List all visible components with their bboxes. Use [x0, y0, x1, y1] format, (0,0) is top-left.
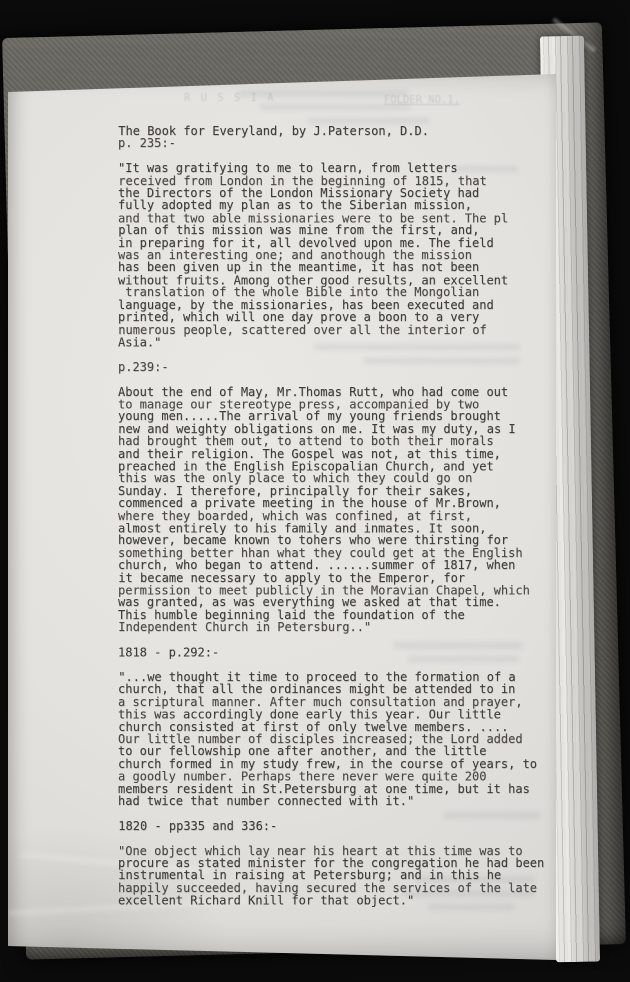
typed-line: has been given up in the meantime, it ha…: [118, 261, 544, 273]
typed-line: had twice that number connected with it.…: [118, 795, 544, 807]
typed-line: almost entirely to his family and inmate…: [118, 522, 544, 534]
typed-line: Asia.": [118, 336, 544, 348]
typed-line: 1818 - p.292:-: [118, 646, 544, 658]
typed-line: something better hhan what they could ge…: [118, 547, 544, 559]
typed-line: Independent Church in Petersburg..": [118, 621, 544, 633]
typed-line: to manage our stereotype press, accompan…: [118, 398, 544, 410]
typed-line: 1820 - pp335 and 336:-: [118, 820, 544, 832]
typed-line: was an interesting one; and anothough th…: [118, 249, 544, 261]
bleedthrough-smudge: [238, 90, 408, 97]
typescript-page: R U S S I A FOLDER NO.1. The Book for Ev…: [8, 70, 556, 962]
typed-line: a scriptural manner. After much consulta…: [118, 696, 544, 708]
typed-line: [118, 373, 544, 385]
typed-line: About the end of May, Mr.Thomas Rutt, wh…: [118, 386, 544, 398]
typed-line: fully adopted my plan as to the Siberian…: [118, 199, 544, 211]
typed-line: [118, 634, 544, 646]
typed-line: a goodly number. Perhaps there never wer…: [118, 770, 544, 782]
typed-line: translation of the whole Bible into the …: [118, 286, 544, 298]
typed-line: "One object which lay near his heart at …: [118, 845, 544, 857]
typed-line: excellent Richard Knill for that object.…: [118, 895, 544, 907]
bleedthrough-smudge: [260, 104, 410, 110]
typed-line: plan of this mission was mine from the f…: [118, 224, 544, 236]
typed-line: "...we thought it time to proceed to the…: [118, 671, 544, 683]
typed-line: [118, 150, 544, 162]
typed-line: received from London in the beginning of…: [118, 175, 544, 187]
typewritten-text-block: The Book for Everyland, by J.Paterson, D…: [118, 125, 544, 907]
typed-line: was granted, as was everything we asked …: [118, 596, 544, 608]
typed-line: Our little number of disciples increased…: [118, 733, 544, 745]
typed-line: church, that all the ordinances might be…: [118, 683, 544, 695]
scanned-book-photo: R U S S I A FOLDER NO.1. The Book for Ev…: [0, 0, 630, 982]
typed-line: commenced a private meeting in the house…: [118, 497, 544, 509]
typed-line: p. 235:-: [118, 137, 544, 149]
typed-line: [118, 348, 544, 360]
typed-line: church formed in my study frew, in the c…: [118, 758, 544, 770]
typed-line: however, became known to tohers who were…: [118, 534, 544, 546]
typed-line: instrumental in raising at Petersburg; a…: [118, 869, 544, 881]
typed-line: permission to meet publicly in the Morav…: [118, 584, 544, 596]
typed-line: The Book for Everyland, by J.Paterson, D…: [118, 125, 544, 137]
typed-line: and their religion. The Gospel was not, …: [118, 448, 544, 460]
typed-line: this was the only place to which they co…: [118, 472, 544, 484]
typed-line: p.239:-: [118, 361, 544, 373]
typed-line: where they boarded, which was confined, …: [118, 510, 544, 522]
typed-line: happily succeeded, having secured the se…: [118, 882, 544, 894]
typed-line: it became necessary to apply to the Empe…: [118, 572, 544, 584]
typed-line: to our fellowship one after another, and…: [118, 745, 544, 757]
typed-line: had brought them out, to attend to both …: [118, 435, 544, 447]
typed-line: numerous people, scattered over all the …: [118, 324, 544, 336]
